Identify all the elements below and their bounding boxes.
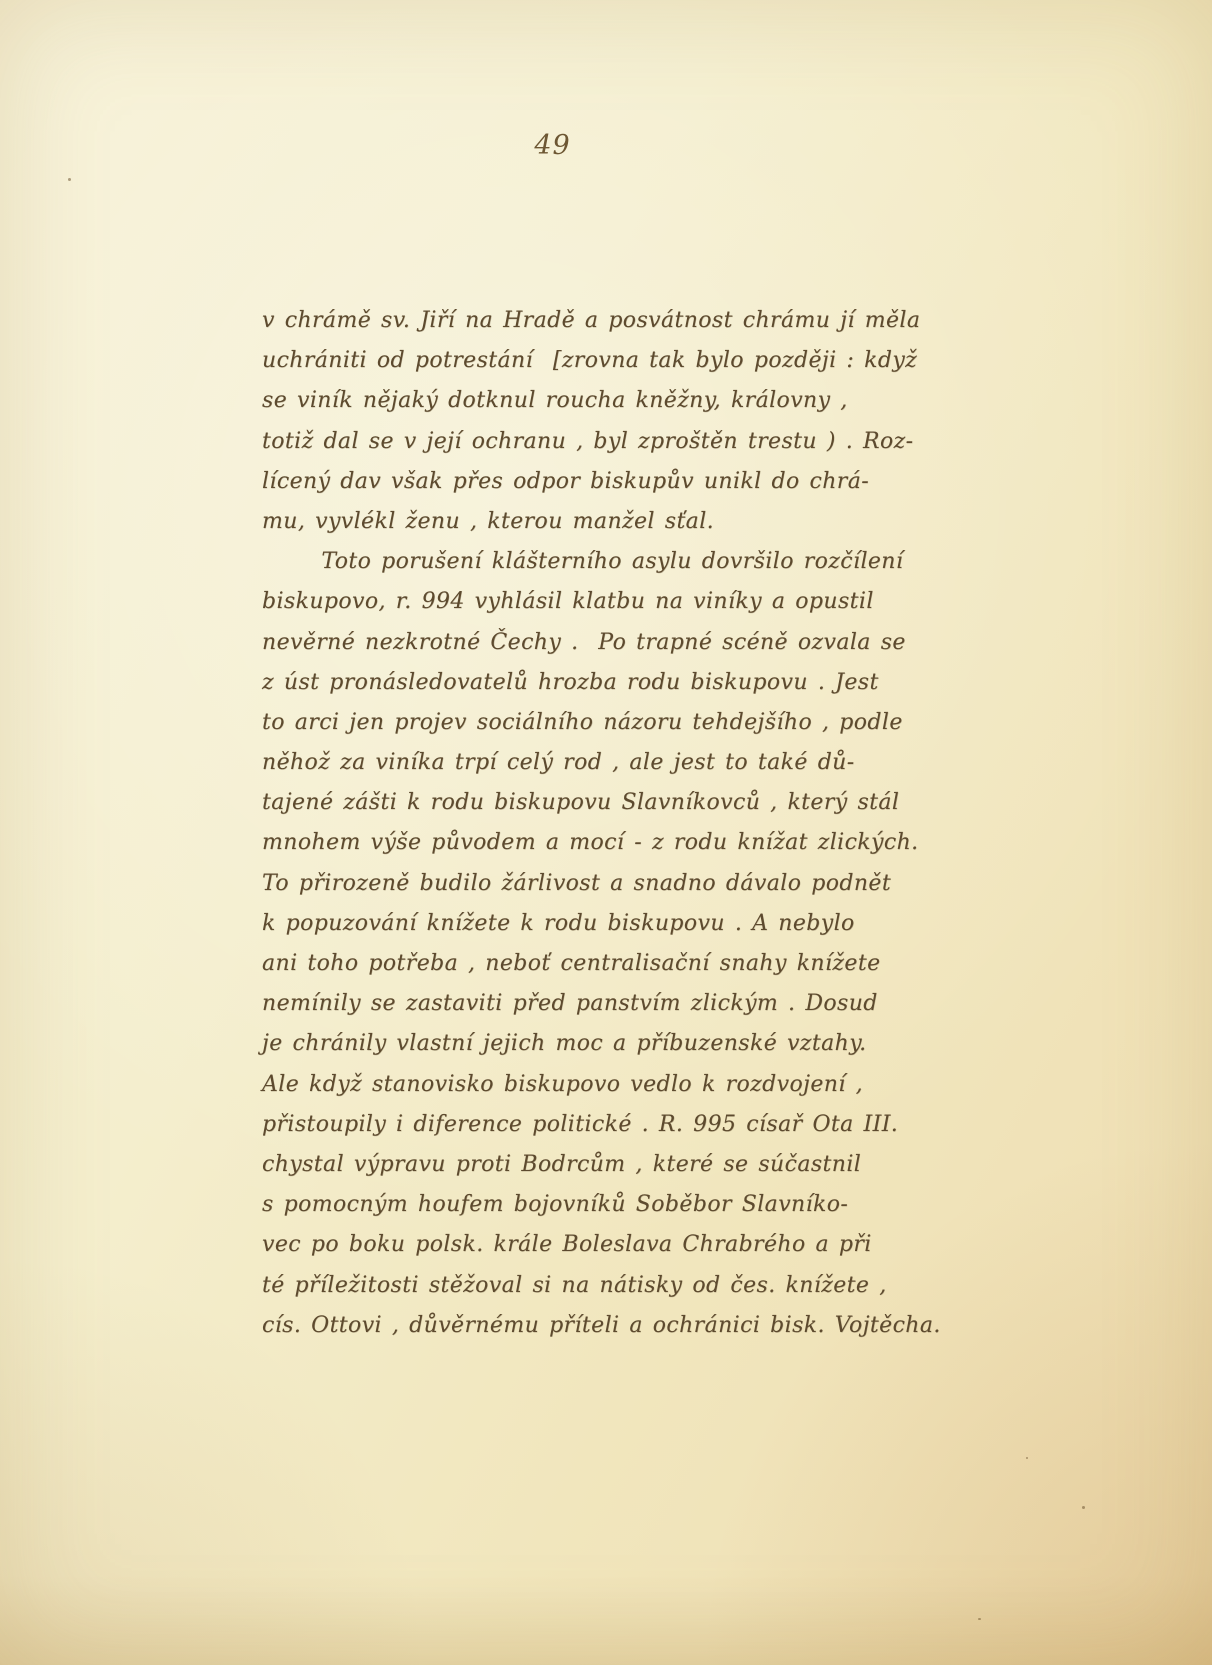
manuscript-line: s pomocným houfem bojovníků Soběbor Slav…	[262, 1185, 962, 1225]
manuscript-line: cís. Ottovi , důvěrnému příteli a ochrán…	[262, 1306, 962, 1346]
manuscript-line: lícený dav však přes odpor biskupův unik…	[262, 462, 962, 502]
manuscript-line: té příležitosti stěžoval si na nátisky o…	[262, 1266, 962, 1306]
page-bottom-shading	[0, 1575, 1212, 1665]
manuscript-line: uchrániti od potrestání [zrovna tak bylo…	[262, 341, 962, 381]
manuscript-line: nemínily se zastaviti před panstvím zlic…	[262, 984, 962, 1024]
paper-speck	[1082, 1506, 1085, 1509]
manuscript-line: mnohem výše původem a mocí - z rodu kníž…	[262, 823, 962, 863]
manuscript-line: k popuzování knížete k rodu biskupovu . …	[262, 904, 962, 944]
paper-speck	[1026, 1457, 1028, 1459]
manuscript-line: Ale když stanovisko biskupovo vedlo k ro…	[262, 1065, 962, 1105]
manuscript-line: biskupovo, r. 994 vyhlásil klatbu na vin…	[262, 582, 962, 622]
paper-speck	[68, 178, 71, 181]
manuscript-line: totiž dal se v její ochranu , byl zprošt…	[262, 422, 962, 462]
manuscript-line: v chrámě sv. Jiří na Hradě a posvátnost …	[262, 301, 962, 341]
manuscript-line: z úst pronásledovatelů hrozba rodu bisku…	[262, 663, 962, 703]
manuscript-line: To přirozeně budilo žárlivost a snadno d…	[262, 864, 962, 904]
manuscript-line: chystal výpravu proti Bodrcům , které se…	[262, 1145, 962, 1185]
manuscript-line: to arci jen projev sociálního názoru teh…	[262, 703, 962, 743]
manuscript-line: ani toho potřeba , neboť centralisační s…	[262, 944, 962, 984]
manuscript-page: 49 v chrámě sv. Jiří na Hradě a posvátno…	[0, 0, 1212, 1665]
manuscript-line: vec po boku polsk. krále Boleslava Chrab…	[262, 1225, 962, 1265]
manuscript-line: tajené zášti k rodu biskupovu Slavníkovc…	[262, 783, 962, 823]
page-number: 49	[0, 130, 1105, 161]
manuscript-line: přistoupily i diference politické . R. 9…	[262, 1105, 962, 1145]
manuscript-line: nevěrné nezkrotné Čechy . Po trapné scén…	[262, 623, 962, 663]
manuscript-text: v chrámě sv. Jiří na Hradě a posvátnost …	[262, 301, 962, 1346]
manuscript-line: je chránily vlastní jejich moc a příbuze…	[262, 1024, 962, 1064]
manuscript-line: něhož za viníka trpí celý rod , ale jest…	[262, 743, 962, 783]
manuscript-line: se viník nějaký dotknul roucha kněžny, k…	[262, 381, 962, 421]
manuscript-line: mu, vyvlékl ženu , kterou manžel sťal.	[262, 502, 962, 542]
manuscript-line: Toto porušení klášterního asylu dovršilo…	[262, 542, 962, 582]
